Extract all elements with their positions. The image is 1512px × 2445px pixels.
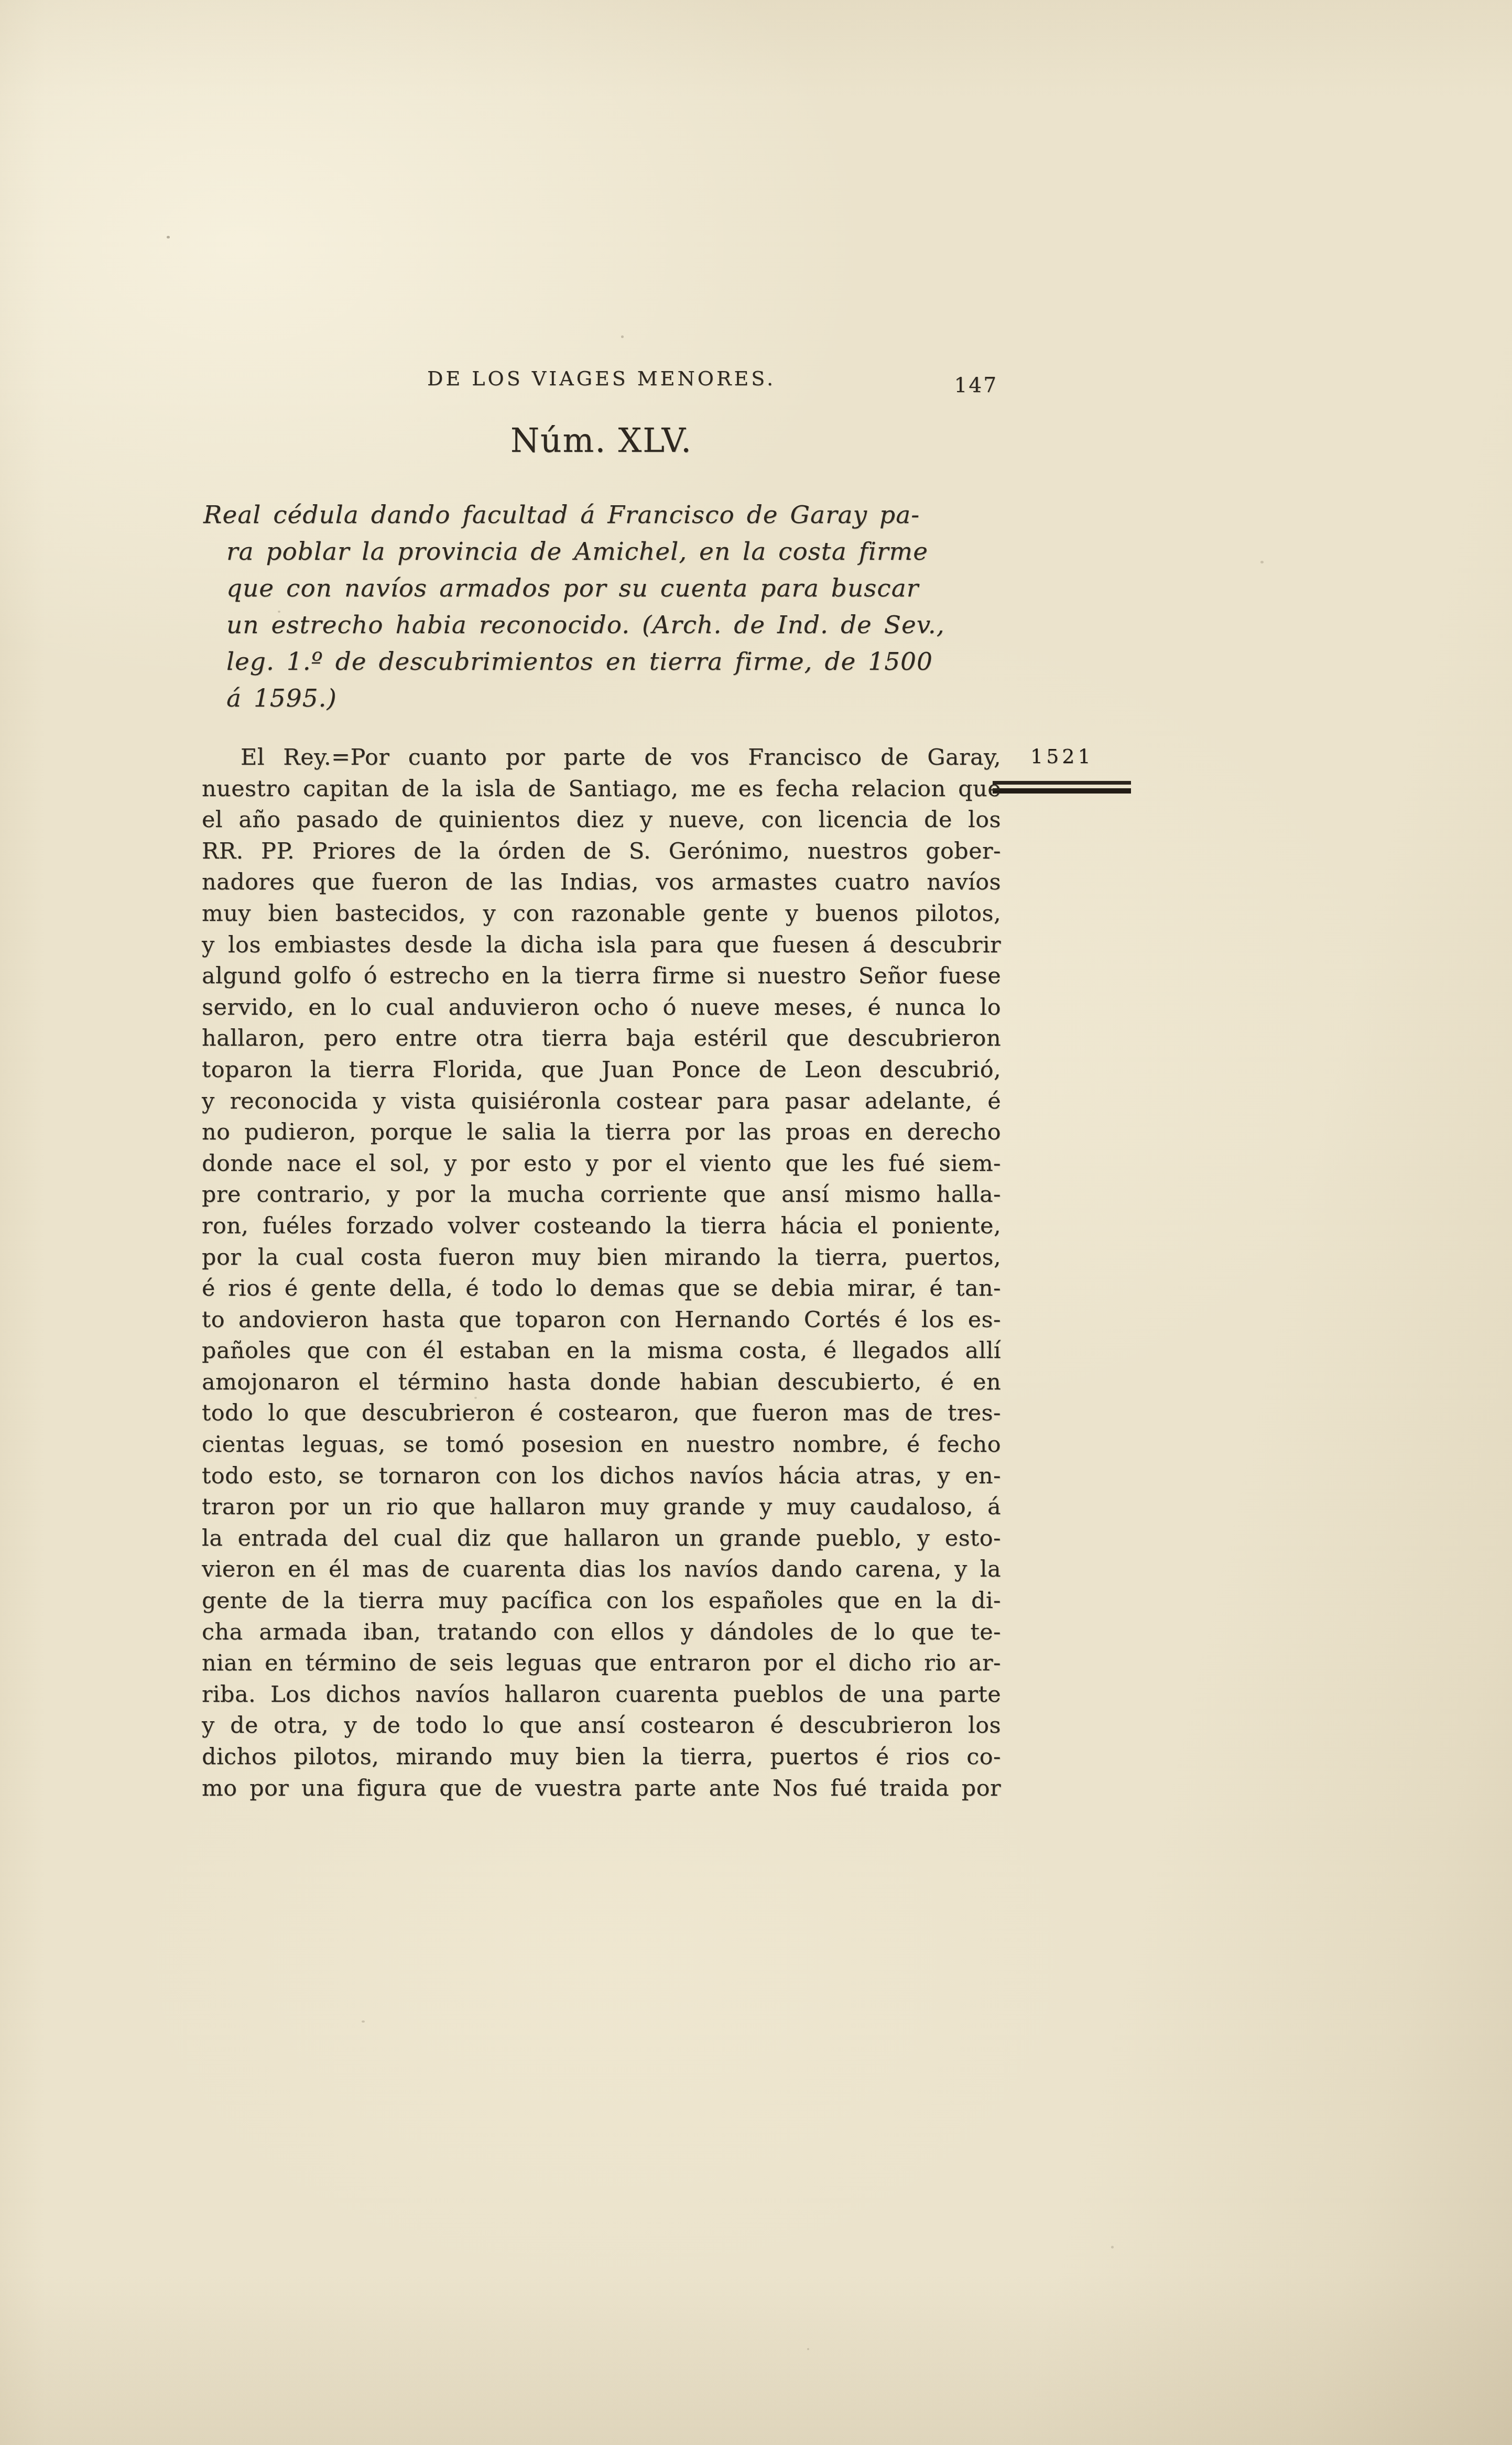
running-header-title: DE LOS VIAGES MENORES. xyxy=(202,367,1001,390)
heading-line: ra poblar la provincia de Amichel, en la… xyxy=(203,534,1047,570)
body-line: to andovieron hasta que toparon con Hern… xyxy=(202,1305,1001,1336)
body-line: y de otra, y de todo lo que ansí costear… xyxy=(202,1710,1001,1742)
body-line: vieron en él mas de cuarenta dias los na… xyxy=(202,1554,1001,1585)
body-line: la entrada del cual diz que hallaron un … xyxy=(202,1523,1001,1555)
body-line: nadores que fueron de las Indias, vos ar… xyxy=(202,867,1001,898)
body-line: hallaron, pero entre otra tierra baja es… xyxy=(202,1023,1001,1055)
body-line: algund golfo ó estrecho en la tierra fir… xyxy=(202,961,1001,992)
body-line: é rios é gente della, é todo lo demas qu… xyxy=(202,1273,1001,1305)
body-line: riba. Los dichos navíos hallaron cuarent… xyxy=(202,1679,1001,1711)
body-line: ron, fuéles forzado volver costeando la … xyxy=(202,1211,1001,1242)
body-line: y los embiastes desde la dicha isla para… xyxy=(202,930,1001,961)
running-header: DE LOS VIAGES MENORES. 147 xyxy=(202,367,1001,394)
body-line: nuestro capitan de la isla de Santiago, … xyxy=(202,774,1001,805)
body-line: y reconocida y vista quisiéronla costear… xyxy=(202,1086,1001,1117)
margin-rule-thick xyxy=(993,788,1131,794)
paper-speck xyxy=(474,1397,477,1399)
body-line: nian en término de seis leguas que entra… xyxy=(202,1648,1001,1679)
page-number: 147 xyxy=(954,374,998,397)
heading-line: Real cédula dando facultad á Francisco d… xyxy=(203,497,1047,534)
paper-speck xyxy=(278,611,280,613)
body-line: mo por una figura que de vuestra parte a… xyxy=(202,1773,1001,1805)
body-line: toparon la tierra Florida, que Juan Ponc… xyxy=(202,1055,1001,1086)
body-line: cientas leguas, se tomó posesion en nues… xyxy=(202,1429,1001,1461)
heading-line: á 1595.) xyxy=(203,680,1047,717)
body-line: traron por un rio que hallaron muy grand… xyxy=(202,1492,1001,1523)
body-line: no pudieron, porque le salia la tierra p… xyxy=(202,1117,1001,1148)
body-line: servido, en lo cual anduvieron ocho ó nu… xyxy=(202,992,1001,1024)
body-line: donde nace el sol, y por esto y por el v… xyxy=(202,1148,1001,1180)
body-line: cha armada iban, tratando con ellos y dá… xyxy=(202,1617,1001,1648)
paper-speck xyxy=(621,335,624,338)
heading-line: que con navíos armados por su cuenta par… xyxy=(203,570,1047,607)
body-line: todo esto, se tornaron con los dichos na… xyxy=(202,1461,1001,1492)
body-line: por la cual costa fueron muy bien mirand… xyxy=(202,1242,1001,1274)
section-number: Núm. XLV. xyxy=(202,421,1001,460)
margin-rule-thin xyxy=(993,781,1131,785)
body-line: gente de la tierra muy pacífica con los … xyxy=(202,1585,1001,1617)
paper-speck xyxy=(362,2020,365,2023)
body-line: RR. PP. Priores de la órden de S. Geróni… xyxy=(202,836,1001,867)
scanned-book-page: DE LOS VIAGES MENORES. 147 Núm. XLV. Rea… xyxy=(0,0,1512,2445)
body-line: muy bien bastecidos, y con razonable gen… xyxy=(202,898,1001,930)
paper-speck xyxy=(1111,2246,1114,2248)
body-line: pañoles que con él estaban en la misma c… xyxy=(202,1335,1001,1367)
body-line: todo lo que descubrieron é costearon, qu… xyxy=(202,1398,1001,1429)
body-line: amojonaron el término hasta donde habian… xyxy=(202,1367,1001,1398)
decree-heading: Real cédula dando facultad á Francisco d… xyxy=(203,497,1047,717)
margin-double-rule xyxy=(993,781,1131,794)
body-line: pre contrario, y por la mucha corriente … xyxy=(202,1179,1001,1211)
margin-year-note: 1521 xyxy=(1030,745,1094,768)
decree-body: El Rey.=Por cuanto por parte de vos Fran… xyxy=(202,742,1001,1804)
heading-line: un estrecho habia reconocido. (Arch. de … xyxy=(203,607,1047,644)
paper-speck xyxy=(167,236,170,238)
paper-speck xyxy=(807,2348,809,2350)
body-line: el año pasado de quinientos diez y nueve… xyxy=(202,805,1001,836)
heading-line: leg. 1.º de descubrimientos en tierra fi… xyxy=(203,644,1047,680)
body-line: dichos pilotos, mirando muy bien la tier… xyxy=(202,1742,1001,1773)
body-line: El Rey.=Por cuanto por parte de vos Fran… xyxy=(202,742,1001,774)
paper-speck xyxy=(1260,561,1264,563)
